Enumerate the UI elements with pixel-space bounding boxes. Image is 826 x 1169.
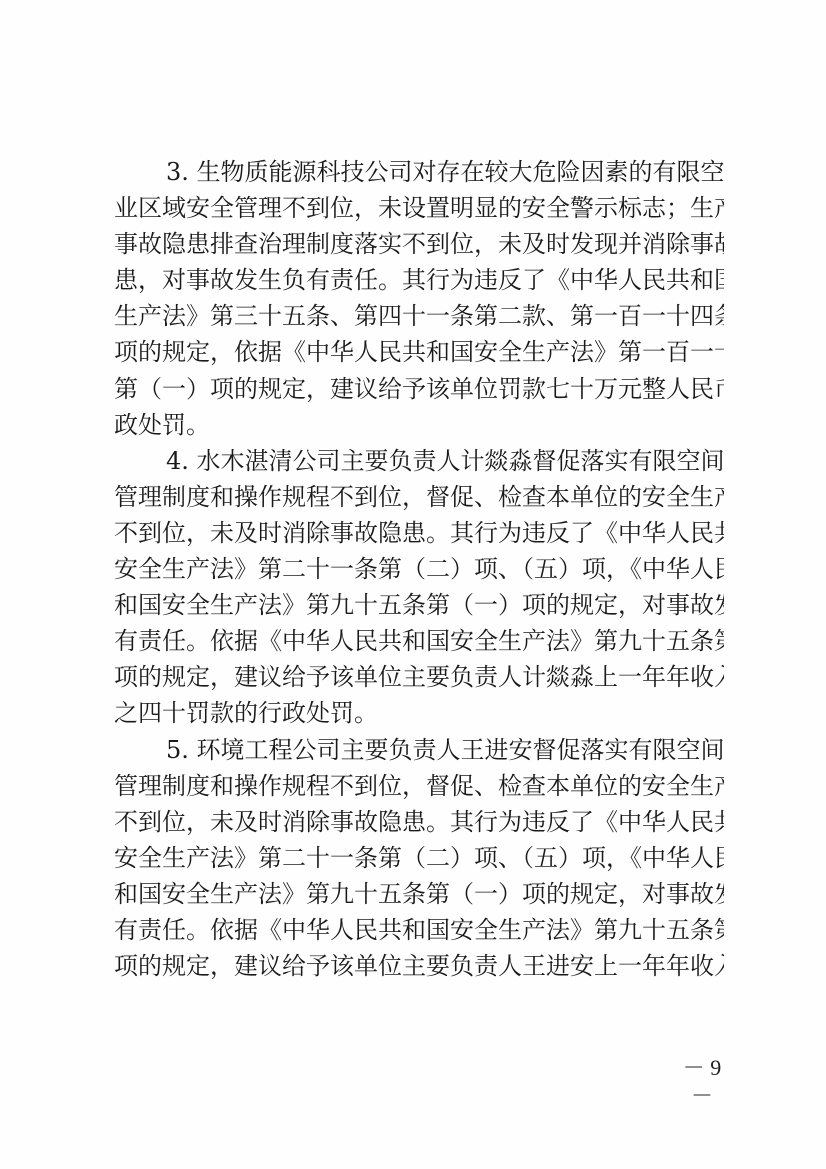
text-line: 管理制度和操作规程不到位，督促、检查本单位的安全生产工作 [114,768,724,804]
text-line: 不到位，未及时消除事故隐患。其行为违反了《中华人民共和国 [114,515,724,551]
text-line: 有责任。依据《中华人民共和国安全生产法》第九十五条第（一） [114,623,724,659]
text-line: 生产法》第三十五条、第四十一条第二款、第一百一十四条第(一) [114,298,724,334]
text-line: 和国安全生产法》第九十五条第（一）项的规定，对事故发生负 [114,587,724,623]
document-body: 3. 生物质能源科技公司对存在较大危险因素的有限空间作 业区域安全管理不到位，未… [114,154,724,984]
text-line: 项的规定，建议给予该单位主要负责人计燚淼上一年年收入百分 [114,659,724,695]
text-line: 5. 环境工程公司主要负责人王进安督促落实有限空间安全 [114,732,724,768]
text-line: 和国安全生产法》第九十五条第（一）项的规定，对事故发生负 [114,876,724,912]
text-line: 4. 水木湛清公司主要负责人计燚淼督促落实有限空间安全 [114,443,724,479]
paragraph-4: 4. 水木湛清公司主要负责人计燚淼督促落实有限空间安全 管理制度和操作规程不到位… [114,443,724,732]
text-line: 3. 生物质能源科技公司对存在较大危险因素的有限空间作 [114,154,724,190]
text-line: 项的规定，依据《中华人民共和国安全生产法》第一百一十四条 [114,334,724,370]
paragraph-5: 5. 环境工程公司主要负责人王进安督促落实有限空间安全 管理制度和操作规程不到位… [114,732,724,985]
text-line: 安全生产法》第二十一条第（二）项、（五）项，《中华人民共 [114,840,724,876]
text-line: 第（一）项的规定，建议给予该单位罚款七十万元整人民币的行 [114,371,724,407]
text-line: 不到位，未及时消除事故隐患。其行为违反了《中华人民共和国 [114,804,724,840]
text-line: 安全生产法》第二十一条第（二）项、（五）项，《中华人民共 [114,551,724,587]
text-line: 管理制度和操作规程不到位，督促、检查本单位的安全生产工作 [114,479,724,515]
text-line: 政处罚。 [114,407,724,443]
paragraph-3: 3. 生物质能源科技公司对存在较大危险因素的有限空间作 业区域安全管理不到位，未… [114,154,724,443]
text-line: 之四十罚款的行政处罚。 [114,695,724,731]
text-line: 业区域安全管理不到位，未设置明显的安全警示标志；生产安全 [114,190,724,226]
page-number: － 9 － [672,1054,732,1110]
text-line: 项的规定，建议给予该单位主要负责人王进安上一年年收入百分 [114,948,724,984]
text-line: 患，对事故发生负有责任。其行为违反了《中华人民共和国安全 [114,262,724,298]
text-line: 有责任。依据《中华人民共和国安全生产法》第九十五条第（一） [114,912,724,948]
document-page: 3. 生物质能源科技公司对存在较大危险因素的有限空间作 业区域安全管理不到位，未… [0,0,826,1169]
text-line: 事故隐患排查治理制度落实不到位，未及时发现并消除事故隐 [114,226,724,262]
